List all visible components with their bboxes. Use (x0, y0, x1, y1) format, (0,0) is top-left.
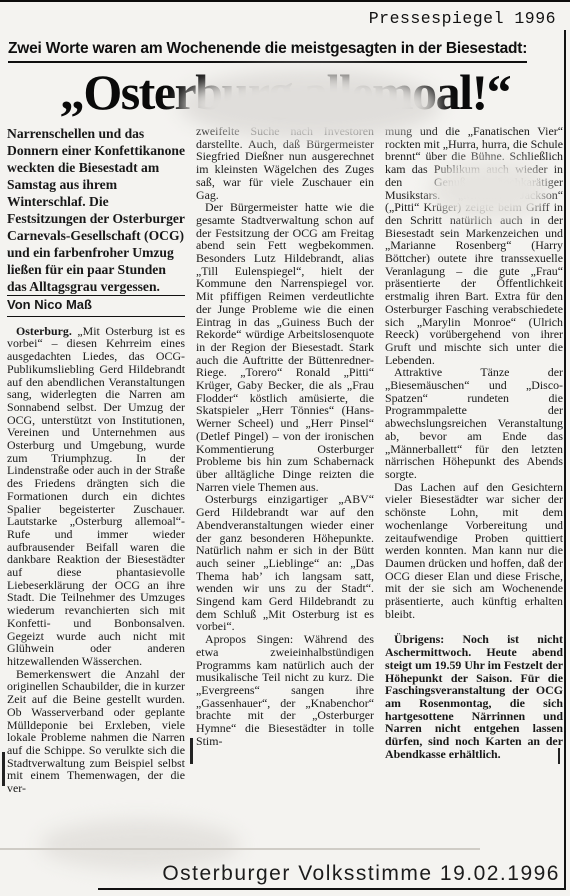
pressespiegel-label: Pressespiegel 1996 (0, 0, 570, 28)
paragraph: Bemerkenswert die Anzahl der originellen… (7, 668, 185, 795)
scan-edge-right (564, 30, 566, 890)
article-headline: „Osterburg allemoal!“ (4, 67, 566, 117)
paragraph: Attraktive Tänze der „Biesemäuschen“ und… (385, 366, 563, 480)
paragraph-text: „Mit Osterburg ist es vorbei“ – diesen K… (7, 324, 185, 668)
column-3: mung und die „Fanatischen Vier“ rockten … (385, 125, 563, 851)
byline-text: Von Nico Maß (7, 297, 92, 312)
footer-underline (98, 888, 564, 890)
paragraph: mung und die „Fanatischen Vier“ rockten … (385, 125, 563, 366)
lead-paragraph: Narrenschellen und das Donnern einer Kon… (7, 125, 185, 295)
scan-artifact (2, 752, 5, 786)
paragraph: Das Lachen auf den Gesichtern vieler Bie… (385, 481, 563, 621)
source-footer: Osterburger Volksstimme 19.02.1996 (0, 862, 570, 890)
article-kicker: Zwei Worte waren am Wochenende die meist… (8, 40, 527, 63)
byline: Von Nico Maß (7, 295, 185, 317)
newspaper-clipping-page: Pressespiegel 1996 Zwei Worte waren am W… (0, 0, 570, 896)
article-body: Narrenschellen und das Donnern einer Kon… (0, 125, 570, 851)
scan-edge-top (0, 0, 570, 2)
column-2: zweifelte Suche nach Investoren darstell… (196, 125, 374, 851)
scan-artifact (558, 748, 560, 764)
scan-edge-bottom (0, 848, 480, 850)
paragraph: Der Bürgermeister hatte wie die gesamte … (196, 201, 374, 493)
kicker-row: Zwei Worte waren am Wochenende die meist… (8, 40, 562, 63)
source-label: Osterburger Volksstimme 19.02.1996 (0, 862, 570, 886)
column-1: Narrenschellen und das Donnern einer Kon… (7, 125, 185, 851)
paragraph: Apropos Singen: Während des etwa zweiein… (196, 633, 374, 747)
scan-artifact (190, 738, 193, 764)
paragraph-uebrigens: Übrigens: Noch ist nicht Aschermittwoch.… (385, 633, 563, 760)
paragraph: Osterburgs einzigartiger „ABV“ Gerd Hild… (196, 493, 374, 633)
paragraph: Osterburg. „Mit Osterburg ist es vorbei“… (7, 325, 185, 668)
paragraph: zweifelte Suche nach Investoren darstell… (196, 125, 374, 201)
